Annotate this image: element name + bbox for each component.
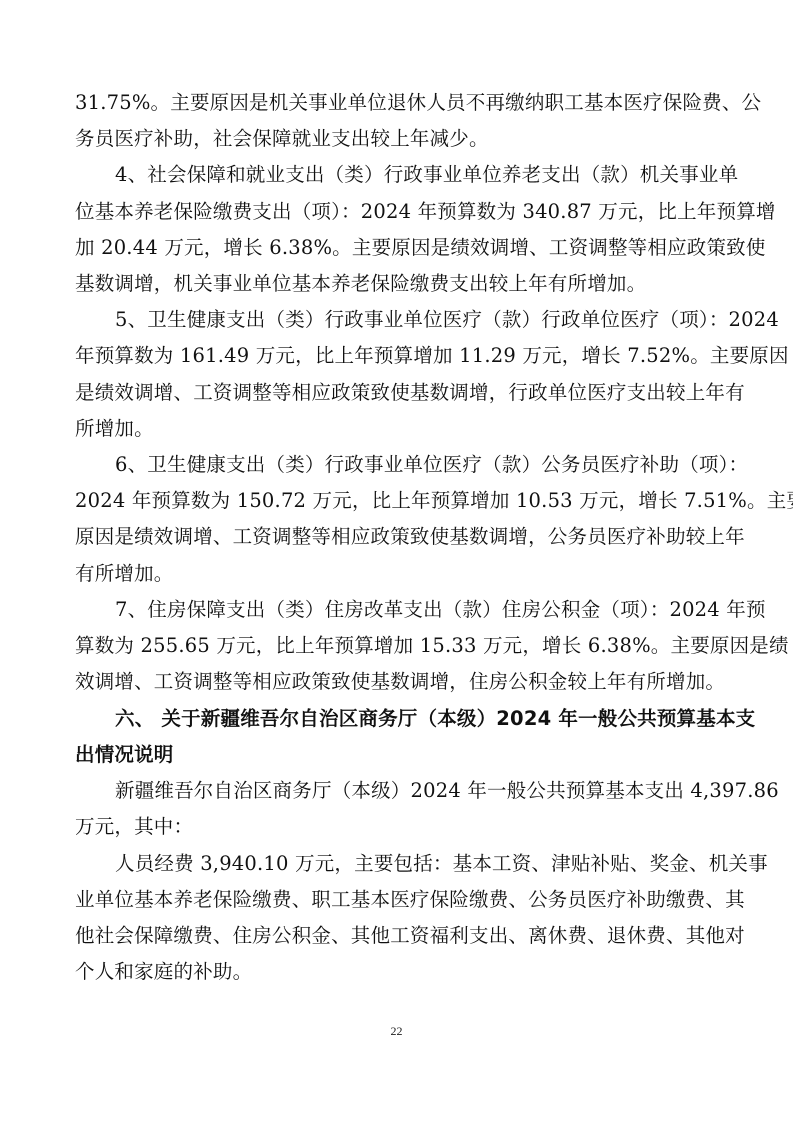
document-page: 31.75%。主要原因是机关事业单位退休人员不再缴纳职工基本医疗保险费、公 务员… <box>0 0 793 1122</box>
text-line: 个人和家庭的补助。 <box>75 959 727 985</box>
item-6-heading-line: 6、卫生健康支出（类）行政事业单位医疗（款）公务员医疗补助（项）： <box>115 452 727 478</box>
text-line: 加 20.44 万元，增长 6.38%。主要原因是绩效调增、工资调整等相应政策致… <box>75 235 727 261</box>
text-line: 年预算数为 161.49 万元，比上年预算增加 11.29 万元，增长 7.52… <box>75 343 727 369</box>
text-line: 有所增加。 <box>75 561 727 587</box>
text-line: 效调增、工资调整等相应政策致使基数调增，住房公积金较上年有所增加。 <box>75 669 727 695</box>
text-line: 31.75%。主要原因是机关事业单位退休人员不再缴纳职工基本医疗保险费、公 <box>75 90 727 116</box>
text-line: 算数为 255.65 万元，比上年预算增加 15.33 万元，增长 6.38%。… <box>75 633 727 659</box>
item-4-heading-line: 4、社会保障和就业支出（类）行政事业单位养老支出（款）机关事业单 <box>115 162 727 188</box>
item-5-heading-line: 5、卫生健康支出（类）行政事业单位医疗（款）行政单位医疗（项）：2024 <box>115 307 727 333</box>
section-six-heading: 六、 关于新疆维吾尔自治区商务厅（本级）2024 年一般公共预算基本支 <box>115 706 727 732</box>
text-line: 人员经费 3,940.10 万元，主要包括：基本工资、津贴补贴、奖金、机关事 <box>115 851 727 877</box>
text-line: 是绩效调增、工资调整等相应政策致使基数调增，行政单位医疗支出较上年有 <box>75 380 727 406</box>
section-six-heading-cont: 出情况说明 <box>75 742 727 768</box>
text-line: 务员医疗补助，社会保障就业支出较上年减少。 <box>75 126 727 152</box>
text-line: 基数调增，机关事业单位基本养老保险缴费支出较上年有所增加。 <box>75 271 727 297</box>
text-line: 新疆维吾尔自治区商务厅（本级）2024 年一般公共预算基本支出 4,397.86 <box>115 778 727 804</box>
text-line: 万元，其中： <box>75 814 727 840</box>
text-line: 2024 年预算数为 150.72 万元，比上年预算增加 10.53 万元，增长… <box>75 488 727 514</box>
text-line: 业单位基本养老保险缴费、职工基本医疗保险缴费、公务员医疗补助缴费、其 <box>75 887 727 913</box>
text-line: 他社会保障缴费、住房公积金、其他工资福利支出、离休费、退休费、其他对 <box>75 923 727 949</box>
text-line: 原因是绩效调增、工资调整等相应政策致使基数调增，公务员医疗补助较上年 <box>75 524 727 550</box>
text-line: 位基本养老保险缴费支出（项）：2024 年预算数为 340.87 万元，比上年预… <box>75 199 727 225</box>
page-number: 22 <box>0 1024 793 1039</box>
text-line: 所增加。 <box>75 416 727 442</box>
item-7-heading-line: 7、住房保障支出（类）住房改革支出（款）住房公积金（项）：2024 年预 <box>115 597 727 623</box>
